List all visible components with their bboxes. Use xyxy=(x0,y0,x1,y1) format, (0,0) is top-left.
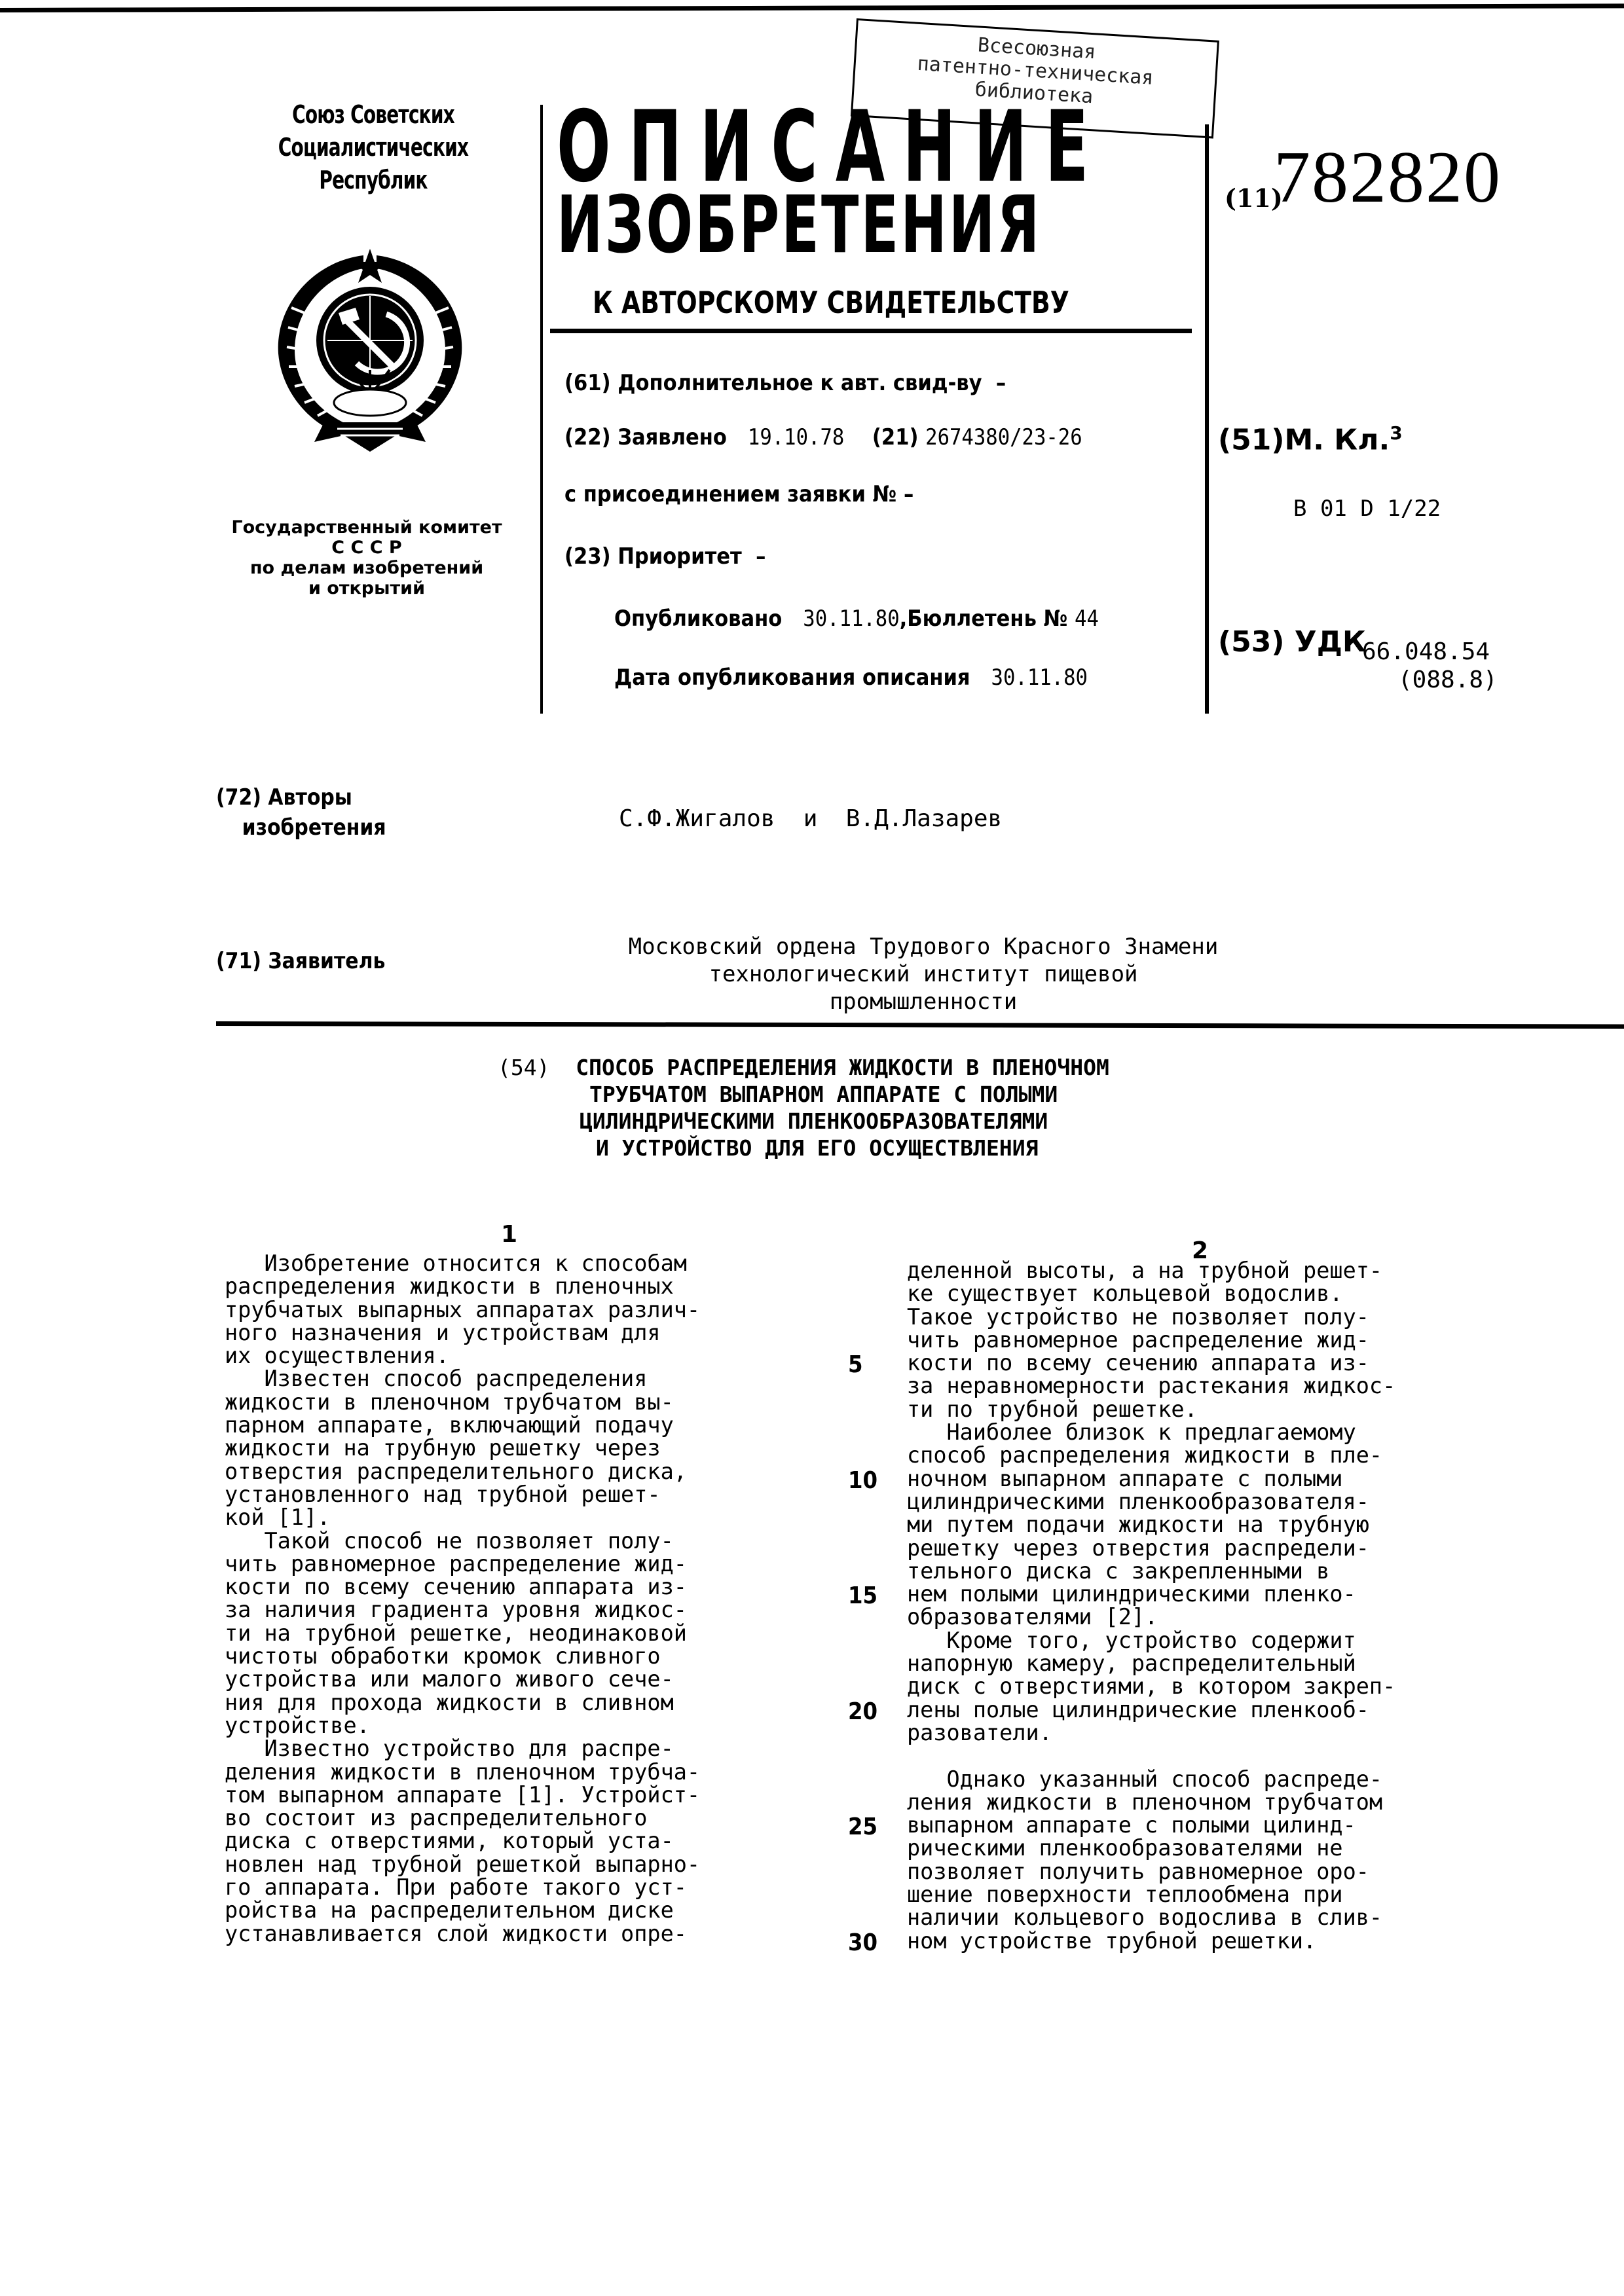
field-23: (23) Приоритет – xyxy=(564,543,766,570)
text-line: новлен над трубной решеткой выпарно- xyxy=(225,1853,700,1876)
text-line: Наиболее близок к предлагаемому xyxy=(907,1421,1395,1444)
text-line xyxy=(907,1744,1395,1767)
invention-title-code: (54) xyxy=(498,1055,549,1080)
text-line: ния для прохода жидкости в сливном xyxy=(225,1691,700,1714)
invention-title-line-2: ТРУБЧАТОМ ВЫПАРНОМ АППАРАТЕ С ПОЛЫМИ xyxy=(498,1081,1316,1108)
text-line: отверстия распределительного диска, xyxy=(225,1460,700,1483)
text-line: Такой способ не позволяет полу- xyxy=(225,1529,700,1552)
attachment-label: с присоединением заявки № xyxy=(564,481,896,507)
text-line: ройства на распределительном диске xyxy=(225,1899,700,1922)
text-line: кости по всему сечению аппарата из- xyxy=(907,1351,1395,1374)
text-line: цилиндрическими пленкообразователя- xyxy=(907,1490,1395,1513)
line-number: 15 xyxy=(848,1582,877,1609)
invention-title-line-4: И УСТРОЙСТВО ДЛЯ ЕГО ОСУЩЕСТВЛЕНИЯ xyxy=(498,1135,1316,1161)
document-title-line-2: ИЗОБРЕТЕНИЯ xyxy=(557,187,1118,265)
applicant-value: Московский ордена Трудового Красного Зна… xyxy=(524,933,1323,1015)
text-line: во состоит из распределительного xyxy=(225,1806,700,1829)
text-line: за неравномерности растекания жидкос- xyxy=(907,1374,1395,1397)
column-1-number: 1 xyxy=(501,1221,517,1248)
text-line: Изобретение относится к способам xyxy=(225,1252,700,1275)
text-line: нем полыми цилиндрическими пленко- xyxy=(907,1582,1395,1605)
bulletin-value: 44 xyxy=(1075,606,1099,632)
description-published-label: Дата опубликования описания xyxy=(614,665,970,691)
committee-line-2: С С С Р xyxy=(203,538,530,558)
committee-line-4: и открытий xyxy=(203,578,530,598)
field-61-value: – xyxy=(996,370,1006,396)
text-line: устанавливается слой жидкости опре- xyxy=(225,1922,700,1945)
field-21-label: (21) xyxy=(872,424,919,450)
section-divider xyxy=(216,1021,1624,1029)
published-value: 30.11.80 xyxy=(803,606,899,632)
committee-line-3: по делам изобретений xyxy=(203,558,530,578)
published-label: Опубликовано xyxy=(614,606,782,632)
document-subtitle: К АВТОРСКОМУ СВИДЕТЕЛЬСТВУ xyxy=(593,285,1069,320)
field-53-value-2: (088.8) xyxy=(1398,666,1498,693)
text-line: чить равномерное распределение жид- xyxy=(225,1552,700,1575)
field-51-label: (51)М. Кл. xyxy=(1218,424,1390,457)
text-line: том выпарном аппарате [1]. Устройст- xyxy=(225,1783,700,1806)
text-line: трубчатых выпарных аппаратах различ- xyxy=(225,1298,700,1321)
text-line: устройстве. xyxy=(225,1714,700,1737)
text-line: го аппарата. При работе такого уст- xyxy=(225,1876,700,1899)
field-23-label: (23) Приоритет xyxy=(564,543,742,570)
line-number: 25 xyxy=(848,1813,877,1840)
authors-label: (72) Авторы изобретения xyxy=(216,782,386,843)
text-line: Известен способ распределения xyxy=(225,1367,700,1390)
field-51: (51)М. Кл.3 xyxy=(1218,422,1403,457)
text-line: установленного над трубной решет- xyxy=(225,1483,700,1506)
attachment-value: – xyxy=(904,481,913,507)
applicant-line-1: Московский ордена Трудового Красного Зна… xyxy=(524,933,1323,960)
field-61-label: (61) Дополнительное к авт. свид-ву xyxy=(564,370,982,396)
field-22-label: (22) Заявлено xyxy=(564,424,727,450)
title-underline xyxy=(550,329,1192,333)
text-line: их осуществления. xyxy=(225,1344,700,1367)
text-line: Кроме того, устройство содержит xyxy=(907,1629,1395,1652)
text-line: наличии кольцевого водослива в слив- xyxy=(907,1906,1395,1929)
text-line: Такое устройство не позволяет полу- xyxy=(907,1305,1395,1328)
text-line: деления жидкости в пленочном трубча- xyxy=(225,1760,700,1783)
invention-title-line-1: СПОСОБ РАСПРЕДЕЛЕНИЯ ЖИДКОСТИ В ПЛЕНОЧНО… xyxy=(576,1055,1109,1080)
text-line: ления жидкости в пленочном трубчатом xyxy=(907,1791,1395,1813)
field-21-value: 2674380/23-26 xyxy=(925,424,1082,450)
field-51-superscript: 3 xyxy=(1390,422,1402,444)
field-23-value: – xyxy=(756,543,766,570)
text-line: жидкости в пленочном трубчатом вы- xyxy=(225,1391,700,1413)
authors-label-line-2: изобретения xyxy=(216,812,386,843)
line-number: 30 xyxy=(848,1929,877,1956)
text-line: позволяет получить равномерное оро- xyxy=(907,1860,1395,1883)
invention-title: (54) СПОСОБ РАСПРЕДЕЛЕНИЯ ЖИДКОСТИ В ПЛЕ… xyxy=(498,1054,1316,1161)
line-number: 20 xyxy=(848,1698,877,1725)
text-line: решетку через отверстия распредели- xyxy=(907,1537,1395,1559)
top-rule xyxy=(0,4,1624,12)
text-line: тельного диска с закрепленными в xyxy=(907,1559,1395,1582)
text-line: образователями [2]. xyxy=(907,1605,1395,1628)
text-line: шение поверхности теплообмена при xyxy=(907,1883,1395,1906)
authors-value: С.Ф.Жигалов и В.Д.Лазарев xyxy=(619,805,1002,832)
text-line: чить равномерное распределение жид- xyxy=(907,1328,1395,1351)
state-emblem-icon xyxy=(265,236,475,455)
text-line: диска с отверстиями, который уста- xyxy=(225,1829,700,1852)
patent-number: 782820 xyxy=(1274,141,1502,214)
text-line: кости по всему сечению аппарата из- xyxy=(225,1575,700,1598)
country-line-2: Социалистических xyxy=(249,131,496,164)
applicant-line-3: промышленности xyxy=(524,988,1323,1015)
text-line: распределения жидкости в пленочных xyxy=(225,1275,700,1298)
field-description-published: Дата опубликования описания 30.11.80 xyxy=(614,665,1088,691)
text-line: диск с отверстиями, в котором закреп- xyxy=(907,1675,1395,1698)
invention-title-line-3: ЦИЛИНДРИЧЕСКИМИ ПЛЕНКООБРАЗОВАТЕЛЯМИ xyxy=(498,1108,1316,1135)
text-line: способ распределения жидкости в пле- xyxy=(907,1444,1395,1467)
text-line: ночном выпарном аппарате с полыми xyxy=(907,1467,1395,1490)
country-name: Союз Советских Социалистических Республи… xyxy=(249,98,496,196)
text-line: ми путем подачи жидкости на трубную xyxy=(907,1513,1395,1536)
text-line: лены полые цилиндрические пленкооб- xyxy=(907,1698,1395,1721)
text-line: ти по трубной решетке. xyxy=(907,1398,1395,1421)
text-line: ном устройстве трубной решетки. xyxy=(907,1929,1395,1952)
field-22: (22) Заявлено 19.10.78 (21) 2674380/23-2… xyxy=(564,424,1082,450)
field-53-label: (53) УДК xyxy=(1218,625,1366,659)
text-line: разователи. xyxy=(907,1721,1395,1744)
text-line: рическими пленкообразователями не xyxy=(907,1836,1395,1859)
description-published-value: 30.11.80 xyxy=(991,665,1088,691)
line-number: 10 xyxy=(848,1467,877,1494)
field-attachment: с присоединением заявки № – xyxy=(564,481,913,507)
applicant-line-2: технологический институт пищевой xyxy=(524,960,1323,988)
state-committee: Государственный комитет С С С Р по делам… xyxy=(203,517,530,598)
field-61: (61) Дополнительное к авт. свид-ву – xyxy=(564,370,1006,396)
field-22-value: 19.10.78 xyxy=(748,424,844,450)
text-line: ного назначения и устройствам для xyxy=(225,1321,700,1344)
divider-left xyxy=(540,105,543,714)
text-line: деленной высоты, а на трубной решет- xyxy=(907,1259,1395,1282)
body-column-2: деленной высоты, а на трубной решет-ке с… xyxy=(907,1259,1395,1952)
text-line: Однако указанный способ распреде- xyxy=(907,1768,1395,1791)
text-line: ти на трубной решетке, неодинаковой xyxy=(225,1622,700,1645)
applicant-label: (71) Заявитель xyxy=(216,946,385,976)
text-line: кой [1]. xyxy=(225,1506,700,1529)
text-line: жидкости на трубную решетку через xyxy=(225,1436,700,1459)
divider-right xyxy=(1205,124,1209,714)
country-line-1: Союз Советских xyxy=(249,98,496,131)
text-line: за наличия градиента уровня жидкос- xyxy=(225,1598,700,1621)
bulletin-label: Бюллетень № xyxy=(907,606,1067,632)
text-line: Известно устройство для распре- xyxy=(225,1737,700,1760)
text-line: чистоты обработки кромок сливного xyxy=(225,1645,700,1667)
text-line: парном аппарате, включающий подачу xyxy=(225,1413,700,1436)
field-published: Опубликовано 30.11.80,Бюллетень № 44 xyxy=(614,606,1099,632)
committee-line-1: Государственный комитет xyxy=(203,517,530,538)
body-column-1: Изобретение относится к способамраспреде… xyxy=(225,1252,700,1945)
country-line-3: Республик xyxy=(249,164,496,196)
field-53-value-1: 66.048.54 xyxy=(1362,638,1490,665)
text-line: выпарном аппарате с полыми цилинд- xyxy=(907,1813,1395,1836)
text-line: устройства или малого живого сече- xyxy=(225,1667,700,1690)
text-line: ке существует кольцевой водослив. xyxy=(907,1282,1395,1305)
text-line: напорную камеру, распределительный xyxy=(907,1652,1395,1675)
field-51-value: B 01 D 1/22 xyxy=(1293,496,1441,522)
line-number: 5 xyxy=(848,1351,863,1378)
authors-label-line-1: (72) Авторы xyxy=(216,782,386,812)
